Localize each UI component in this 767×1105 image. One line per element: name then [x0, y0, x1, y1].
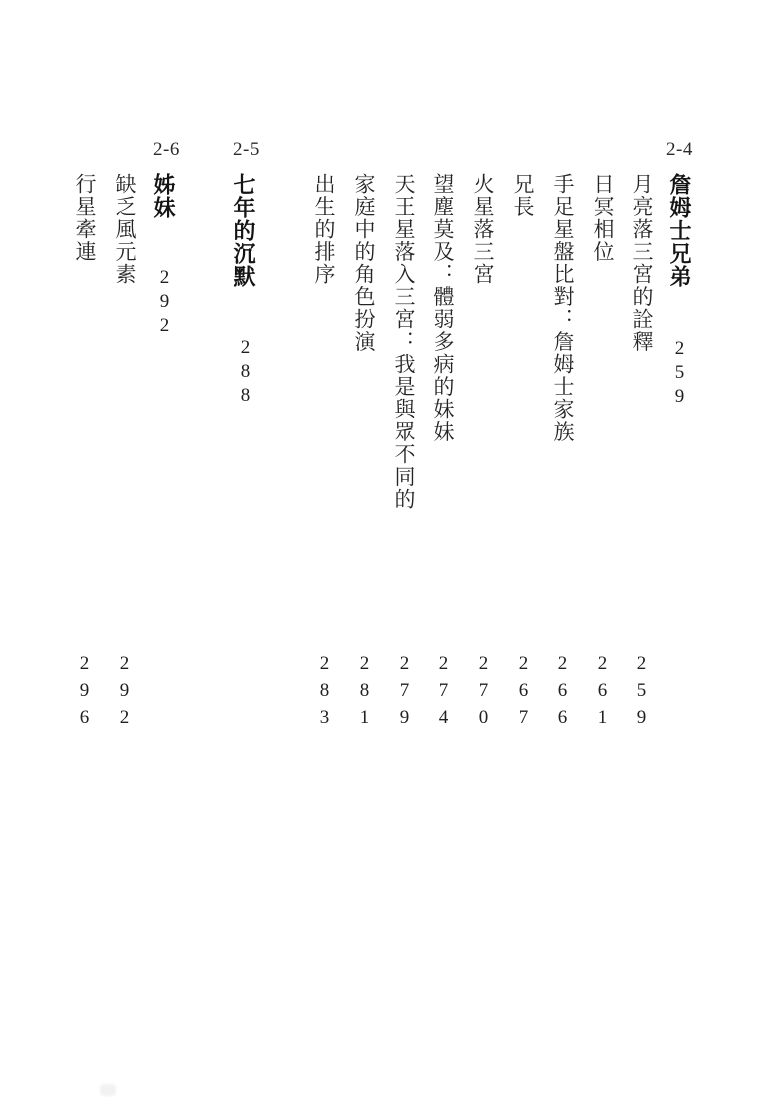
chapter-title: 七年的沉默	[232, 173, 254, 288]
toc-item-page-number: 267	[514, 653, 533, 734]
toc-item-page-number: 270	[474, 653, 493, 734]
chapter-page-number: 292	[155, 267, 174, 339]
toc-item-title: 月亮落三宮的詮釋	[631, 173, 652, 353]
toc-item-page-number: 259	[632, 653, 651, 734]
chapter-page-number: 259	[670, 338, 689, 410]
chapter-number-label: 2-5	[233, 140, 260, 159]
toc-item-page-number: 279	[395, 653, 414, 734]
chapter-number-label: 2-6	[153, 140, 180, 159]
chapter-page-number: 288	[236, 337, 255, 409]
toc-item-page-number: 296	[75, 653, 94, 734]
toc-item-page-number: 261	[593, 653, 612, 734]
toc-item-title: 行星牽連	[74, 173, 95, 263]
toc-item-title: 天王星落入三宮：我是與眾不同的	[393, 173, 414, 511]
toc-item-title: 缺乏風元素	[114, 173, 135, 286]
chapter-number-label: 2-4	[666, 140, 693, 159]
toc-item-title: 望塵莫及：體弱多病的妹妹	[432, 173, 453, 443]
chapter-title: 姊妹	[152, 173, 174, 219]
toc-item-page-number: 283	[315, 653, 334, 734]
toc-item-page-number: 281	[355, 653, 374, 734]
chapter-title: 詹姆士兄弟	[668, 173, 690, 288]
toc-page: 2-4 詹姆士兄弟 259 月亮落三宮的詮釋 日冥相位 手足星盤比對：詹姆士家族…	[0, 0, 767, 1105]
toc-item-title: 家庭中的角色扮演	[353, 173, 374, 353]
toc-item-title: 日冥相位	[592, 173, 613, 263]
toc-item-page-number: 274	[434, 653, 453, 734]
toc-item-title: 兄長	[512, 173, 533, 218]
toc-item-page-number: 292	[115, 653, 134, 734]
toc-item-title: 出生的排序	[313, 173, 334, 286]
toc-item-title: 火星落三宮	[472, 173, 493, 286]
toc-item-title: 手足星盤比對：詹姆士家族	[552, 173, 573, 443]
scan-artifact	[100, 1084, 116, 1096]
toc-item-page-number: 266	[553, 653, 572, 734]
